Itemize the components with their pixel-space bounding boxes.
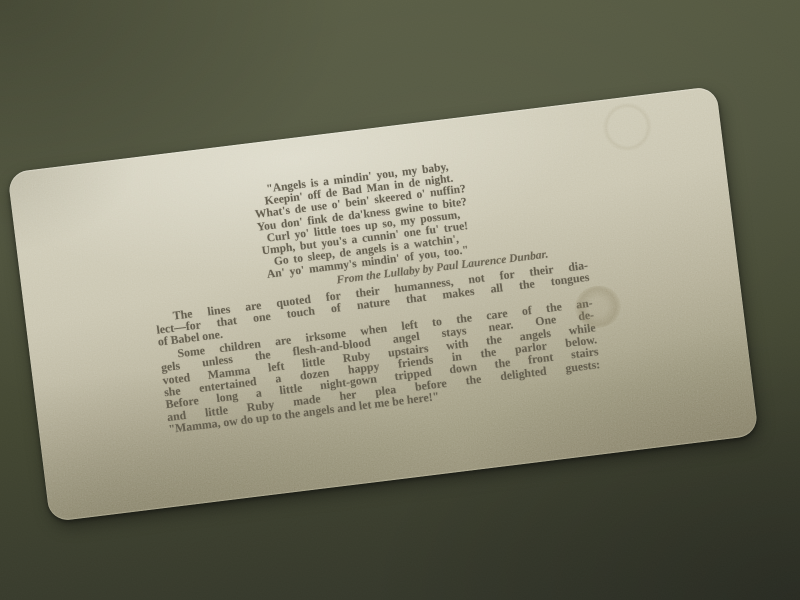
photo-scene: "Angels is a mindin' you, my baby, Keepi… bbox=[0, 0, 800, 600]
stereoview-card-back: "Angels is a mindin' you, my baby, Keepi… bbox=[7, 86, 759, 522]
paper-texture bbox=[7, 86, 759, 522]
